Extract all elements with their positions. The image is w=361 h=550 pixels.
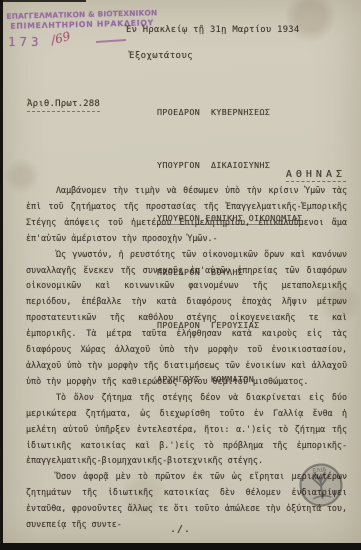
registry-number: 173 /69 (8, 31, 72, 50)
registry-number-handwritten: /69 (50, 29, 72, 47)
paragraph-1: Λαμβάνομεν τὴν τιμὴν νὰ θέσωμεν ὑπὸ τὴν … (26, 183, 347, 247)
protocol-number: Ἀριθ.Πρωτ.288 (27, 99, 100, 112)
registry-number-stamped: 173 (8, 34, 43, 49)
elia-archive-stamp: ΕΛΙΑ (296, 460, 347, 511)
salutation: Ἐξοχωτάτους (129, 51, 193, 61)
date-line: Ἐν Ἡρακλείῳ τῇ 31ῃ Μαρτίου 1934 (126, 25, 299, 35)
continuation-mark: ./. (0, 524, 361, 535)
scan-edge-top (0, 0, 86, 2)
scan-edge-left (0, 0, 3, 550)
paragraph-3: Τὸ ὅλον ζήτημα τῆς στέγης δέον νὰ διακρί… (26, 390, 347, 470)
recipient-minister-of-justice: ΥΠΟΥΡΓΟΝ ΔΙΚΑΙΟΣΥΝΗΣ (157, 157, 303, 175)
recipient-label: ΥΠΟΥΡΓΟΝ ΔΙΚΑΙΟΣΥΝΗΣ (157, 160, 270, 170)
scan-edge-bottom (0, 543, 361, 550)
pen-stroke (96, 39, 126, 43)
paragraph-2: Ὡς γνωστόν, ἡ ρευστότης τῶν οἰκονομικῶν … (26, 247, 347, 390)
recipient-president-of-government: ΠΡΟΕΔΡΟΝ ΚΥΒΕΡΝΗΣΕΩΣ (157, 104, 303, 122)
recipient-label: ΠΡΟΕΔΡΟΝ ΚΥΒΕΡΝΗΣΕΩΣ (157, 107, 270, 117)
destination-city: ΑΘΗΝΑΣ (286, 169, 346, 182)
scanned-letter-page: ΕΠΑΓΓΕΛΜΑΤΙΚΟΝ & ΒΙΟΤΕΧΝΙΚΟΝ ΕΠΙΜΕΛΗΤΗΡΙ… (0, 0, 361, 550)
olive-tree-icon: ΕΛΙΑ (296, 460, 347, 511)
